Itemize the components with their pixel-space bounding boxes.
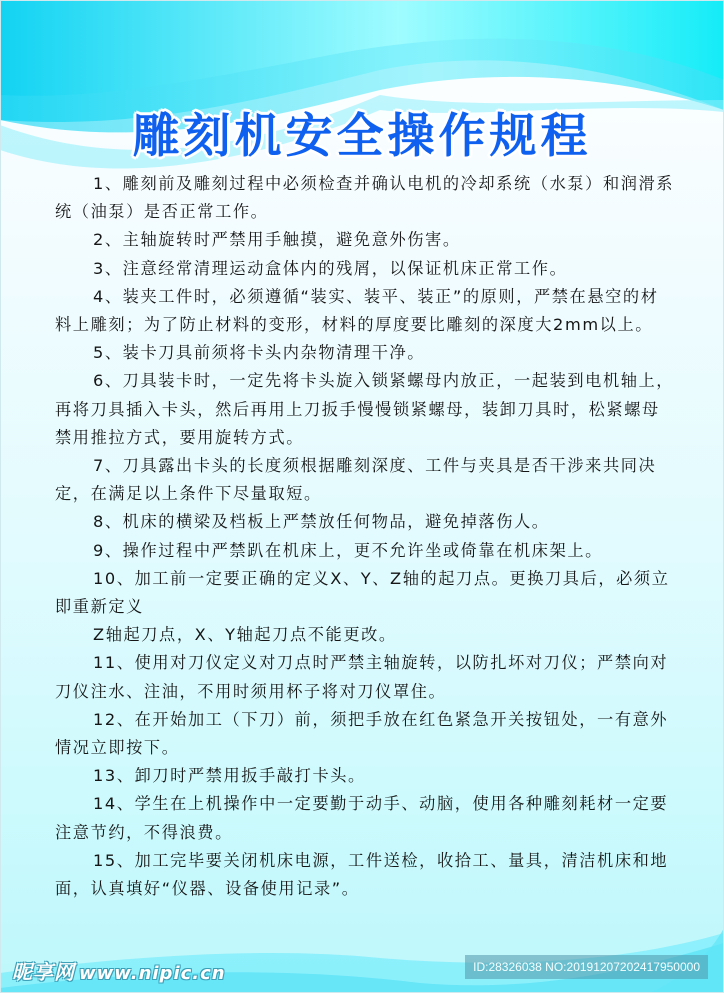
rule-item-6: 6、刀具装卡时，一定先将卡头旋入锁紧螺母内放正，一起装到电机轴上，再将刀具插入卡… [55, 367, 675, 452]
watermark-url: www.nipic.cn [79, 963, 226, 984]
rule-item-1: 1、雕刻前及雕刻过程中必须检查并确认电机的冷却系统（水泵）和润滑系统（油泵）是否… [55, 170, 675, 226]
rules-content: 1、雕刻前及雕刻过程中必须检查并确认电机的冷却系统（水泵）和润滑系统（油泵）是否… [55, 170, 675, 903]
rule-item-10: 10、加工前一定要正确的定义X、Y、Z轴的起刀点。更换刀具后，必须立即重新定义 [55, 565, 675, 621]
rule-item-9: 9、操作过程中严禁趴在机床上，更不允许坐或倚靠在机床架上。 [55, 537, 675, 565]
rule-item-13: 13、卸刀时严禁用扳手敲打卡头。 [55, 762, 675, 790]
rule-item-4: 4、装夹工件时，必须遵循“装实、装平、装正”的原则，严禁在悬空的材料上雕刻；为了… [55, 283, 675, 339]
rule-item-3: 3、注意经常清理运动盒体内的残屑，以保证机床正常工作。 [55, 255, 675, 283]
rule-item-2: 2、主轴旋转时严禁用手触摸，避免意外伤害。 [55, 226, 675, 254]
rule-item-7: 7、刀具露出卡头的长度须根据雕刻深度、工件与夹具是否干涉来共同决定，在满足以上条… [55, 452, 675, 508]
rule-item-8: 8、机床的横梁及档板上严禁放任何物品，避免掉落伤人。 [55, 508, 675, 536]
rule-item-15: 15、加工完毕要关闭机床电源，工件送检，收拾工、量具，清洁机床和地面，认真填好“… [55, 847, 675, 903]
rule-item-14: 14、学生在上机操作中一定要勤于动手、动脑，使用各种雕刻耗材一定要注意节约，不得… [55, 790, 675, 846]
page-title: 雕刻机安全操作规程 [0, 107, 724, 167]
rule-item-10-continued: Z轴起刀点，X、Y轴起刀点不能更改。 [55, 621, 675, 649]
watermark-logo-text: 昵享网 [12, 960, 75, 984]
rule-item-5: 5、装卡刀具前须将卡头内杂物清理干净。 [55, 339, 675, 367]
watermark-logo: 昵享网www.nipic.cn [12, 956, 226, 985]
rule-item-12: 12、在开始加工（下刀）前，须把手放在红色紧急开关按钮处，一有意外情况立即按下。 [55, 706, 675, 762]
rule-item-11: 11、使用对刀仪定义对刀点时严禁主轴旋转，以防扎坏对刀仪；严禁向对刀仪注水、注油… [55, 649, 675, 705]
watermark-id: ID:28326038 NO:20191207202417950000 [465, 955, 708, 979]
